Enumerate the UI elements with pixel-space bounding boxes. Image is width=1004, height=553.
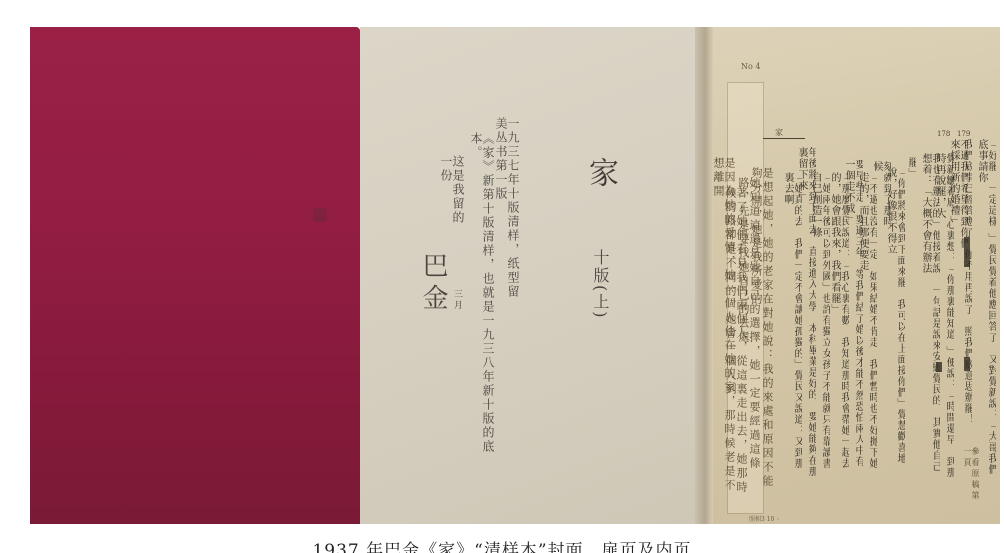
margin-annotation: 是因為她的愛情，她一個人住在她的家，那時候老是不想離開 xyxy=(713,157,735,497)
flyleaf-subtitle: 十版(上) xyxy=(592,249,608,319)
book-photo: 家 十版(上) 一九三七年十版清样，纸型留美丛书第一版 《家》新第十版清样，也就… xyxy=(30,27,1000,524)
running-header: 家 xyxy=(775,127,783,138)
printed-column: 罷」 xyxy=(906,157,916,187)
proof-page: No 4 家 178 179 「好罷，一定這樣，」覺民覺着他應回答了，又對覺新說… xyxy=(705,27,1000,524)
printed-column: 「那麼覺民說道：「我心裏有數，我知道那時我會帶她一起去的，她會跟我來，我們看罷」 xyxy=(829,172,849,477)
ink-strike xyxy=(936,362,942,372)
cover-emboss-mark xyxy=(313,208,327,222)
margin-annotation: 參看原稿第一頁 xyxy=(963,447,979,507)
book-cover xyxy=(30,27,360,524)
sheet-number: No 4 xyxy=(741,62,760,71)
flyleaf-note-3: 这是我留的一份 xyxy=(440,155,464,235)
printed-column: 「她真的去，我們一定不會讓她孤獨的」覺民又說道：又到那裏去啊 xyxy=(782,172,802,477)
page-number-left: 178 xyxy=(937,130,950,138)
flyleaf-note-1: 一九三七年十版清样，纸型留美丛书第一版 xyxy=(495,117,519,307)
signature-date: 三月 xyxy=(452,289,461,311)
flyleaf-page: 家 十版(上) 一九三七年十版清样，纸型留美丛书第一版 《家》新第十版清样，也就… xyxy=(360,27,705,524)
flyleaf-note-2: 《家》新第十版清样，也就是一九三八年新十版的底本。 xyxy=(470,132,494,462)
proof-page-edge xyxy=(705,27,713,524)
flyleaf-title: 家 xyxy=(585,157,615,191)
page-number-right: 179 xyxy=(957,130,970,138)
ink-strike xyxy=(964,237,970,267)
footer-stamp: 照相3 10 ◦ xyxy=(749,514,780,523)
printed-column: 我也有辦法的」他接着說，一句話是說來安慰覺民的，其實他自己想着：「大概不會有辦法 xyxy=(920,153,940,479)
photo-caption: 1937 年巴金《家》“清样本”封面、扉页及内页 xyxy=(0,536,1004,553)
printed-column: 「好罷，一定這樣，」覺民覺着他應回答了，又對覺新說：「大哥我們底事請你 xyxy=(976,139,996,479)
ink-strike xyxy=(964,357,970,371)
header-rule xyxy=(763,138,805,139)
author-signature: 巴金 xyxy=(420,252,446,316)
flyleaf-gutter xyxy=(695,27,705,524)
